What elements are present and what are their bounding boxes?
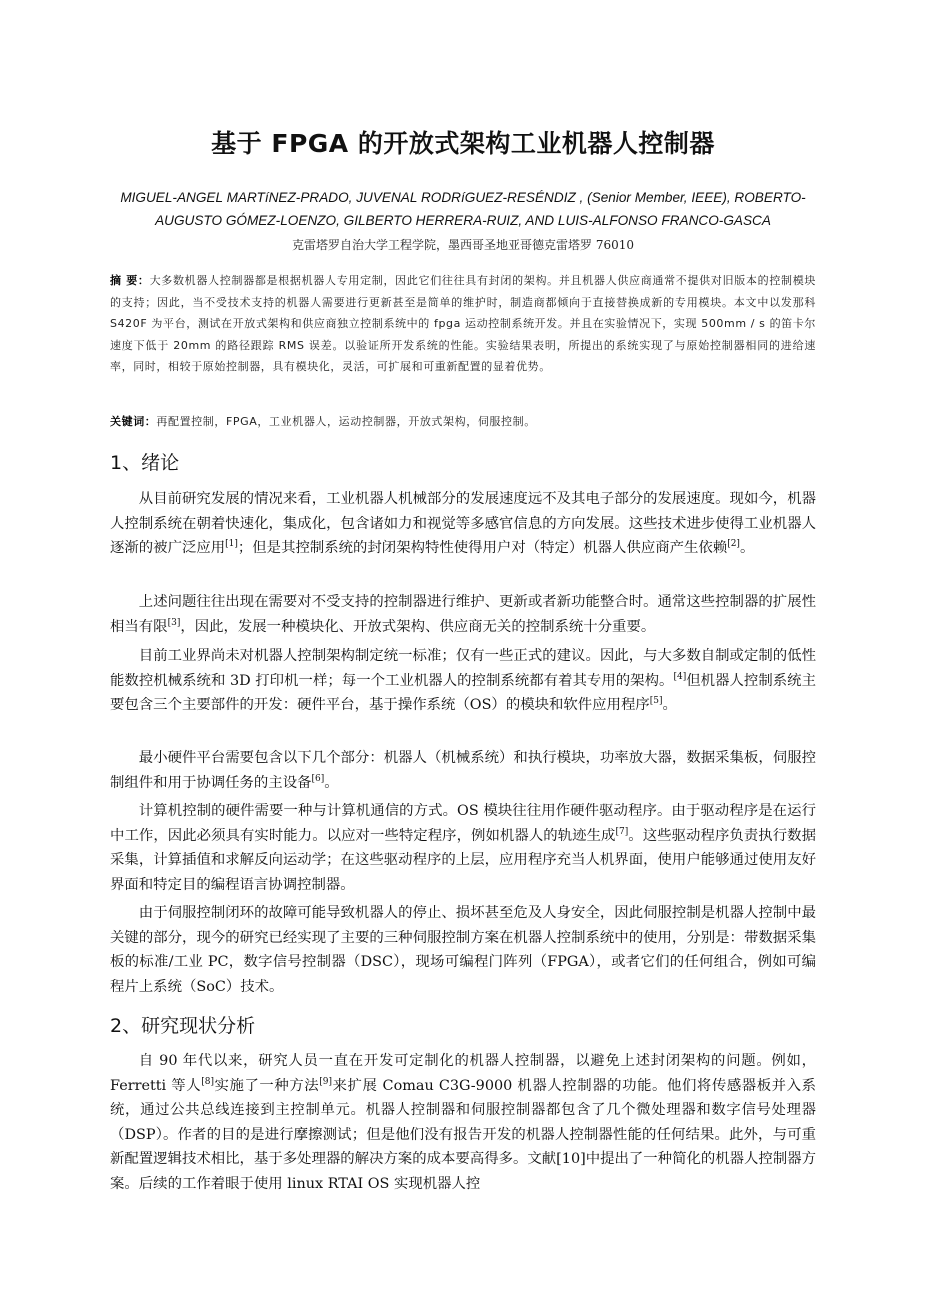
abstract-label: 摘 要： [110, 274, 150, 287]
citation: [2] [727, 539, 740, 549]
paragraph: 目前工业界尚未对机器人控制架构制定统一标准；仅有一些正式的建议。因此，与大多数自… [110, 644, 816, 718]
paragraph: 计算机控制的硬件需要一种与计算机通信的方式。OS 模块往往用作硬件驱动程序。由于… [110, 799, 816, 897]
paragraph: 由于伺服控制闭环的故障可能导致机器人的停止、损坏甚至危及人身安全，因此伺服控制是… [110, 901, 816, 999]
paragraph: 从目前研究发展的情况来看，工业机器人机械部分的发展速度远不及其电子部分的发展速度… [110, 487, 816, 561]
citation: [8] [201, 1077, 214, 1087]
abstract: 摘 要：大多数机器人控制器都是根据机器人专用定制，因此它们往往具有封闭的架构。并… [110, 270, 816, 378]
citation: [7] [615, 827, 628, 837]
authors-line-2: AUGUSTO GÓMEZ-LOENZO, GILBERTO HERRERA-R… [110, 209, 816, 232]
paragraph: 上述问题往往出现在需要对不受支持的控制器进行维护、更新或者新功能整合时。通常这些… [110, 590, 816, 639]
section-heading-introduction: 1、绪论 [110, 448, 179, 475]
paragraph: 最小硬件平台需要包含以下几个部分：机器人（机械系统）和执行模块，功率放大器，数据… [110, 746, 816, 795]
keywords-label: 关键词： [110, 415, 156, 428]
citation: [5] [650, 696, 663, 706]
section-heading-research-status: 2、研究现状分析 [110, 1011, 255, 1038]
author-list: MIGUEL-ANGEL MARTíNEZ-PRADO, JUVENAL ROD… [110, 186, 816, 232]
authors-line-1: MIGUEL-ANGEL MARTíNEZ-PRADO, JUVENAL ROD… [110, 186, 816, 209]
citation: [4] [673, 672, 686, 682]
citation: [6] [311, 774, 324, 784]
affiliation: 克雷塔罗自治大学工程学院，墨西哥圣地亚哥德克雷塔罗 76010 [110, 236, 816, 253]
keywords-text: 再配置控制，FPGA，工业机器人，运动控制器，开放式架构，伺服控制。 [156, 415, 535, 428]
citation: [3] [168, 618, 181, 628]
paragraph: 自 90 年代以来，研究人员一直在开发可定制化的机器人控制器，以避免上述封闭架构… [110, 1049, 816, 1197]
abstract-text: 大多数机器人控制器都是根据机器人专用定制，因此它们往往具有封闭的架构。并且机器人… [110, 274, 816, 373]
citation: [9] [319, 1077, 332, 1087]
keywords: 关键词：再配置控制，FPGA，工业机器人，运动控制器，开放式架构，伺服控制。 [110, 411, 816, 432]
paper-title: 基于 FPGA 的开放式架构工业机器人控制器 [110, 124, 816, 160]
citation: [1] [225, 539, 238, 549]
